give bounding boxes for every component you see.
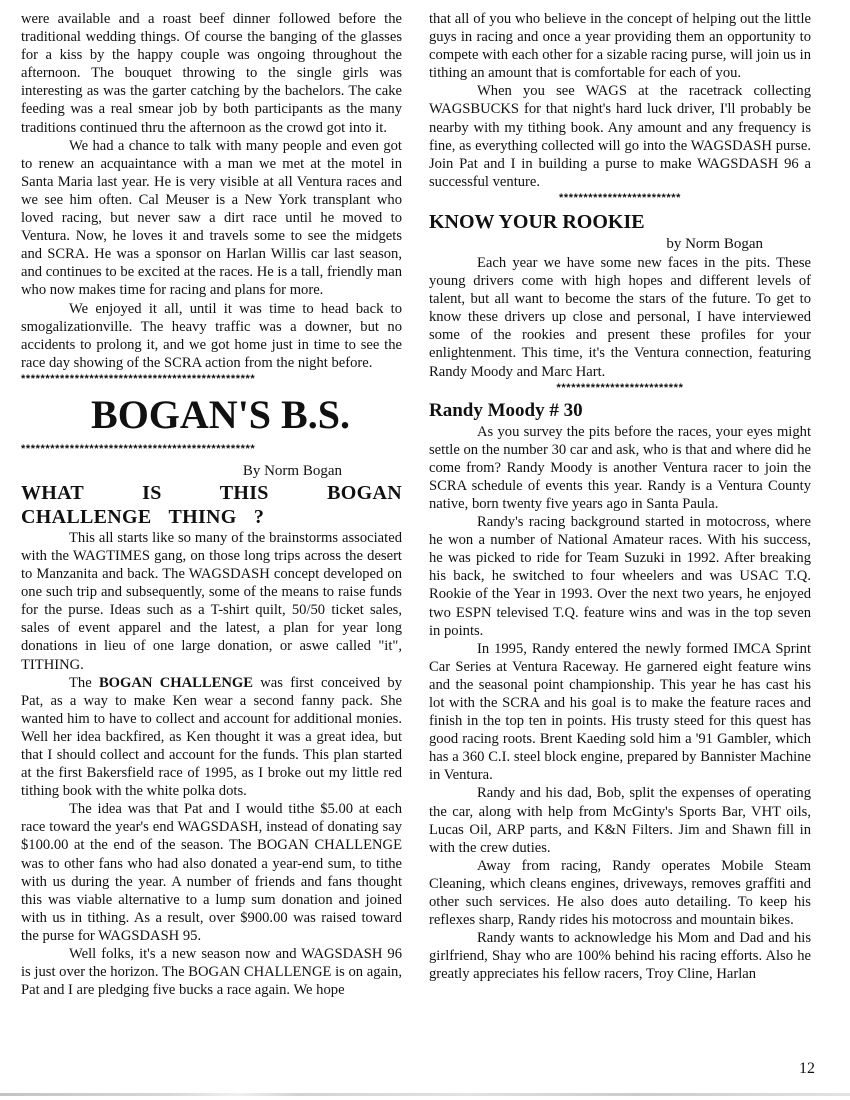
scan-edge-line [0,1093,850,1096]
paragraph-hope-continued: that all of you who believe in the conce… [429,10,811,82]
paragraph-sponsors: Randy and his dad, Bob, split the expens… [429,784,811,856]
section-heading: KNOW YOUR ROOKIE [429,209,811,235]
paragraph-brainstorms: This all starts like so many of the brai… [21,529,402,674]
right-column: that all of you who believe in the conce… [429,10,811,984]
paragraph-new-season: Well folks, it's a new season now and WA… [21,945,402,999]
paragraph-survey: As you survey the pits before the races,… [429,423,811,513]
column-banner-title: BOGAN'S B.S. [21,392,402,438]
challenge-bold-term: BOGAN CHALLENGE [99,675,253,691]
page-number: 12 [799,1060,815,1078]
star-divider-1: ************************* [429,191,811,205]
paragraph-away: Away from racing, Randy operates Mobile … [429,857,811,929]
paragraph-rookie-intro: Each year we have some new faces in the … [429,254,811,381]
challenge-text-post: was first conceived by Pat, as a way to … [21,675,402,800]
star-divider-2: ************************** [429,381,811,395]
paragraph-background: Randy's racing background started in mot… [429,513,811,640]
left-column: were available and a roast beef dinner f… [21,10,402,999]
paragraph-cal-meuser: We had a chance to talk with many people… [21,137,402,300]
paragraph-wedding: were available and a roast beef dinner f… [21,10,402,137]
star-divider-top: ****************************************… [21,372,402,386]
challenge-text-pre: The [69,675,99,691]
profile-heading: Randy Moody # 30 [429,399,811,423]
paragraph-1995: In 1995, Randy entered the newly formed … [429,640,811,785]
paragraph-head-home: We enjoyed it all, until it was time to … [21,300,402,372]
star-divider-bottom: ****************************************… [21,442,402,456]
paragraph-tithe-idea: The idea was that Pat and I would tithe … [21,800,402,945]
paragraph-acknowledgement: Randy wants to acknowledge his Mom and D… [429,929,811,983]
byline: By Norm Bogan [21,462,402,481]
paragraph-wags: When you see WAGS at the racetrack colle… [429,82,811,191]
newsletter-page: were available and a roast beef dinner f… [0,0,850,1100]
paragraph-bogan-challenge: The BOGAN CHALLENGE was first conceived … [21,674,402,801]
section-byline: by Norm Bogan [429,235,811,254]
article-heading: WHAT IS THIS BOGAN CHALLENGE THING ? [21,481,402,529]
